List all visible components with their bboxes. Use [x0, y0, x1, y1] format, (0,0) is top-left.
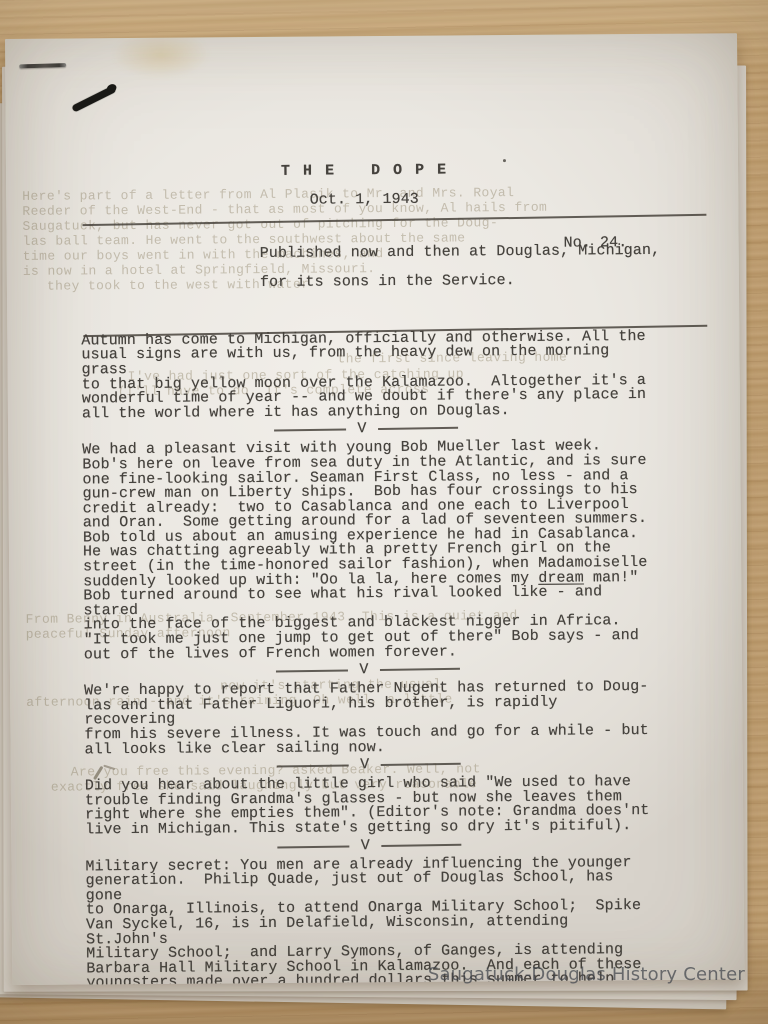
divider-v: V — [360, 758, 369, 772]
divider-dash — [380, 763, 460, 766]
divider-dash — [380, 668, 460, 671]
publisher-line2: for its sons in the Service. — [260, 272, 515, 291]
watermark-text: Saugatuck-Douglas History Center — [428, 964, 745, 985]
newsletter-content: T H E D O P E Oct. 1, 1943 Published now… — [79, 34, 655, 985]
paragraph-autumn: Autumn has come to Michigan, officially … — [81, 330, 650, 422]
newsletter-title: T H E D O P E — [80, 162, 648, 181]
divider-dash — [276, 670, 348, 673]
paragraph-segment: We had a pleasant visit with young Bob M… — [82, 438, 647, 590]
paragraph-grandma-joke: Did you hear about the little girl who s… — [85, 775, 653, 838]
divider-dash — [378, 427, 458, 430]
divider-v: V — [359, 663, 368, 677]
divider-v: V — [357, 422, 366, 436]
issue-number: No. 24. — [564, 236, 628, 251]
divider-dash — [277, 765, 349, 768]
paragraph-father-nugent: We're happy to report that Father Nugent… — [84, 680, 653, 757]
divider-dash — [278, 845, 350, 848]
publisher-block: Published now and then at Douglas, Michi… — [169, 229, 650, 320]
divider-dash — [381, 843, 461, 846]
divider-dash — [275, 429, 347, 432]
paragraph-bob-mueller: We had a pleasant visit with young Bob M… — [82, 439, 652, 662]
issue-date: Oct. 1, 1943 — [80, 191, 648, 210]
divider-v: V — [361, 839, 370, 853]
staple — [19, 63, 66, 68]
masthead-rule-top — [82, 214, 706, 226]
newsletter-page: Here's part of a letter from Al Plasik t… — [5, 33, 744, 985]
section-divider: V — [85, 835, 653, 857]
paper-stack: Here's part of a letter from Al Plasik t… — [5, 33, 744, 985]
document-photo: Here's part of a letter from Al Plasik t… — [0, 0, 768, 1024]
